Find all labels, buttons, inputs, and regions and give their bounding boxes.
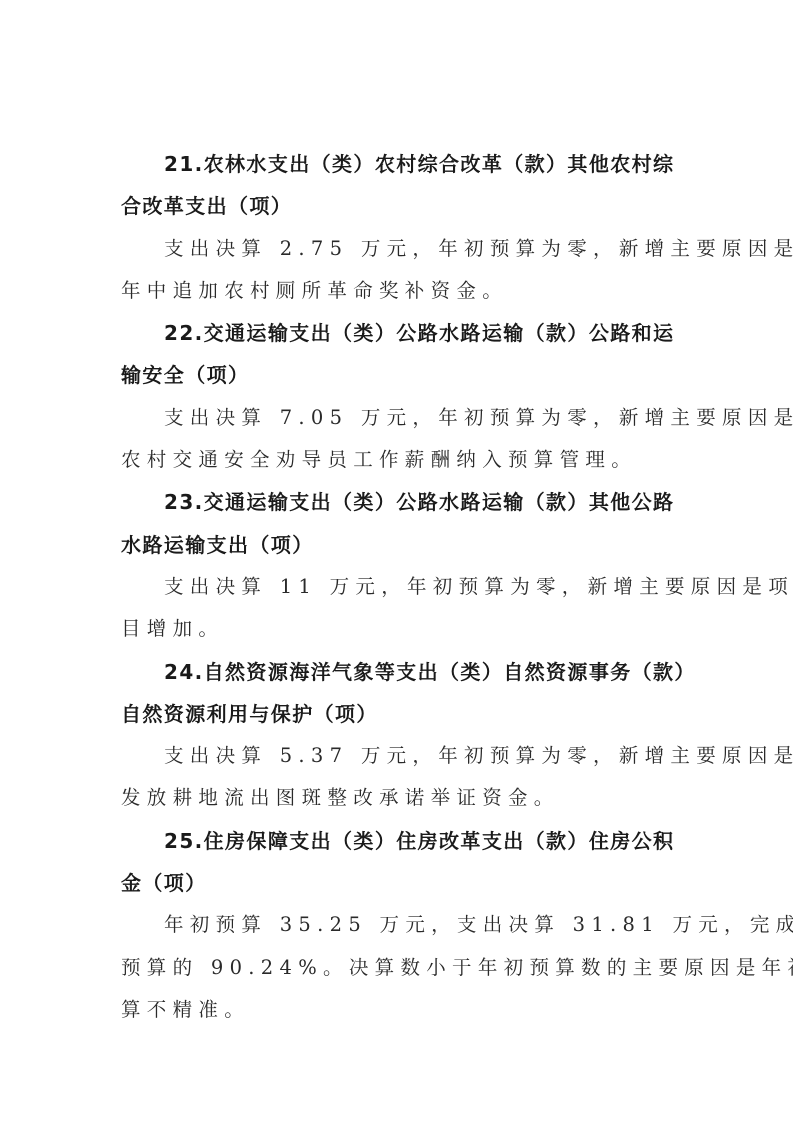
section-23: 23.交通运输支出（类）公路水路运输（款）其他公路 水路运输支出（项） 支出决算… xyxy=(121,481,674,650)
heading-line: 合改革支出（项） xyxy=(121,185,674,227)
section-heading: 24.自然资源海洋气象等支出（类）自然资源事务（款） 自然资源利用与保护（项） xyxy=(121,651,674,736)
heading-line: 24.自然资源海洋气象等支出（类）自然资源事务（款） xyxy=(121,651,674,693)
heading-line: 25.住房保障支出（类）住房改革支出（款）住房公积 xyxy=(121,820,674,862)
section-heading: 21.农林水支出（类）农村综合改革（款）其他农村综 合改革支出（项） xyxy=(121,143,674,228)
body-line: 目增加。 xyxy=(121,608,674,650)
section-heading: 25.住房保障支出（类）住房改革支出（款）住房公积 金（项） xyxy=(121,820,674,905)
section-24: 24.自然资源海洋气象等支出（类）自然资源事务（款） 自然资源利用与保护（项） … xyxy=(121,651,674,820)
section-heading: 23.交通运输支出（类）公路水路运输（款）其他公路 水路运输支出（项） xyxy=(121,481,674,566)
body-line: 农村交通安全劝导员工作薪酬纳入预算管理。 xyxy=(121,439,674,481)
section-body: 支出决算 7.05 万元，年初预算为零，新增主要原因是 农村交通安全劝导员工作薪… xyxy=(121,397,674,482)
document-page: 21.农林水支出（类）农村综合改革（款）其他农村综 合改革支出（项） 支出决算 … xyxy=(121,143,674,1031)
body-line: 支出决算 5.37 万元，年初预算为零，新增主要原因是 xyxy=(121,735,674,777)
section-25: 25.住房保障支出（类）住房改革支出（款）住房公积 金（项） 年初预算 35.2… xyxy=(121,820,674,1031)
heading-line: 自然资源利用与保护（项） xyxy=(121,693,674,735)
heading-line: 23.交通运输支出（类）公路水路运输（款）其他公路 xyxy=(121,481,674,523)
body-line: 发放耕地流出图斑整改承诺举证资金。 xyxy=(121,777,674,819)
section-body: 支出决算 11 万元，年初预算为零，新增主要原因是项 目增加。 xyxy=(121,566,674,651)
body-line: 年中追加农村厕所革命奖补资金。 xyxy=(121,270,674,312)
heading-line: 水路运输支出（项） xyxy=(121,524,674,566)
section-heading: 22.交通运输支出（类）公路水路运输（款）公路和运 输安全（项） xyxy=(121,312,674,397)
section-body: 年初预算 35.25 万元，支出决算 31.81 万元，完成年初 预算的 90.… xyxy=(121,904,674,1031)
body-line: 算不精准。 xyxy=(121,989,674,1031)
heading-line: 金（项） xyxy=(121,862,674,904)
heading-line: 输安全（项） xyxy=(121,354,674,396)
heading-line: 21.农林水支出（类）农村综合改革（款）其他农村综 xyxy=(121,143,674,185)
body-line: 支出决算 2.75 万元，年初预算为零，新增主要原因是 xyxy=(121,228,674,270)
heading-line: 22.交通运输支出（类）公路水路运输（款）公路和运 xyxy=(121,312,674,354)
section-body: 支出决算 2.75 万元，年初预算为零，新增主要原因是 年中追加农村厕所革命奖补… xyxy=(121,228,674,313)
body-line: 年初预算 35.25 万元，支出决算 31.81 万元，完成年初 xyxy=(121,904,674,946)
section-body: 支出决算 5.37 万元，年初预算为零，新增主要原因是 发放耕地流出图斑整改承诺… xyxy=(121,735,674,820)
body-line: 预算的 90.24%。决算数小于年初预算数的主要原因是年初预 xyxy=(121,947,674,989)
body-line: 支出决算 7.05 万元，年初预算为零，新增主要原因是 xyxy=(121,397,674,439)
body-line: 支出决算 11 万元，年初预算为零，新增主要原因是项 xyxy=(121,566,674,608)
section-21: 21.农林水支出（类）农村综合改革（款）其他农村综 合改革支出（项） 支出决算 … xyxy=(121,143,674,312)
section-22: 22.交通运输支出（类）公路水路运输（款）公路和运 输安全（项） 支出决算 7.… xyxy=(121,312,674,481)
